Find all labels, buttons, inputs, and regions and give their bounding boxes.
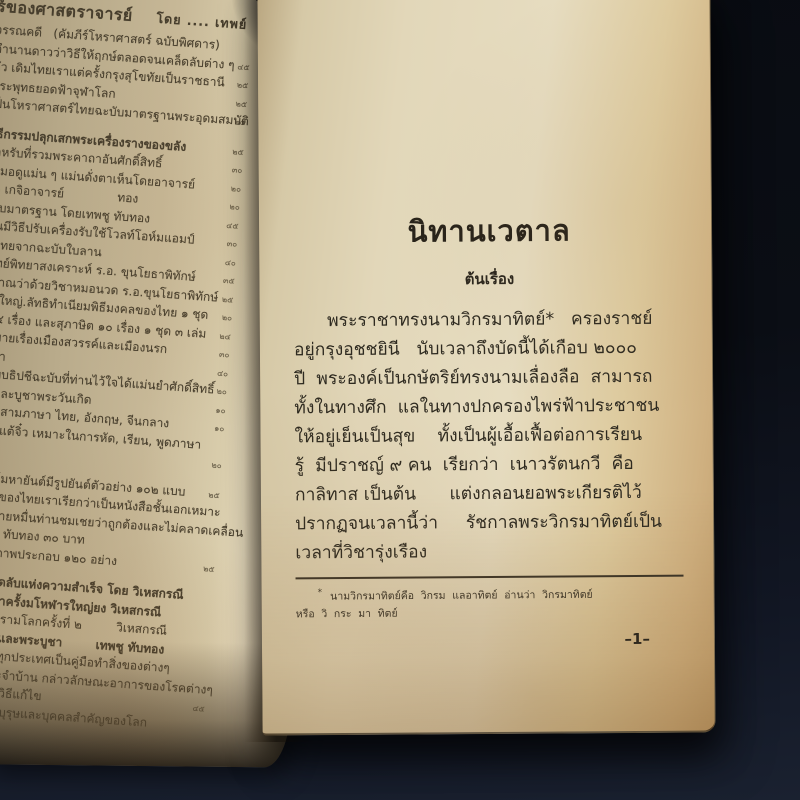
story-paragraph-line: เวลาที่วิชารุ่งเรือง (295, 537, 687, 569)
price-thai-numeral: ๒๕ (235, 97, 247, 111)
left-page-line-text: วนเก่า (0, 347, 6, 363)
footnote-text-1: นามวิกรมาทิตย์คือ วิกรม แลอาทิตย์ อ่านว่… (330, 589, 593, 603)
left-page-line-list: วรรณคดี (คัมภีร์โหราศาสตร์ ฉบับพิศดาร)ตำ… (0, 20, 291, 738)
price-thai-numeral: ๔๐ (217, 366, 229, 380)
left-page-byline: โดย .... เทพย์ (156, 11, 248, 32)
story-paragraph: พระราชาทรงนามวิกรมาทิตย์* ครองราชย์อยู่ก… (294, 305, 688, 569)
price-thai-numeral: ๒๕ (234, 115, 246, 129)
price-thai-numeral: ๒๕ (236, 78, 248, 92)
footnote-line-2: หรือ วิ กระ มา ทิตย์ (296, 603, 688, 623)
left-page-content: ร์ของศาสตราจารย์โดย .... เทพย์ วรรณคดี (… (0, 0, 293, 738)
price-thai-numeral: ๒๕ (232, 145, 244, 159)
price-thai-numeral: ๒๐ (216, 385, 227, 399)
price-thai-numeral: ๒๕ (208, 488, 220, 502)
footnote: *นามวิกรมาทิตย์คือ วิกรม แลอาทิตย์ อ่านว… (296, 583, 688, 623)
right-book-page: นิทานเวตาล ต้นเรื่อง พระราชาทรงนามวิกรมา… (257, 0, 715, 736)
story-paragraph-line: ปรากฏจนเวลานี้ว่า รัชกาลพระวิกรมาทิตย์เป… (295, 508, 687, 540)
price-thai-numeral: ๑๐ (215, 403, 226, 417)
story-paragraph-line: รู้ มีปราชญ์ ๙ คน เรียกว่า เนาวรัตนกวี ค… (295, 450, 687, 482)
left-page-line-text: งวิทยุและวิธีแก้ไข (0, 683, 42, 703)
right-page-content: นิทานเวตาล ต้นเรื่อง พระราชาทรงนามวิกรมา… (291, 0, 688, 650)
price-thai-numeral: ๔๕ (192, 702, 205, 716)
price-thai-numeral: ๑๐ (214, 422, 225, 436)
footnote-divider (296, 575, 684, 580)
price-thai-numeral: ๓๐ (232, 163, 243, 177)
story-paragraph-line: อยู่กรุงอุชชยินี นับเวลาถึงบัดนี้ได้เกือ… (294, 334, 686, 366)
footnote-text-2: หรือ วิ กระ มา ทิตย์ (296, 607, 398, 620)
story-paragraph-line: ปี พระองค์เป็นกษัตริย์ทรงนามเลื่องลือ สา… (294, 363, 686, 395)
price-thai-numeral: ๒๐ (230, 182, 241, 196)
price-thai-numeral: ๔๕ (226, 218, 239, 232)
price-thai-numeral: ๔๕ (237, 60, 250, 74)
story-paragraph-line: กาลิทาส เป็นต้น แต่งกลอนยอพระเกียรติไว้ (295, 479, 687, 511)
price-thai-numeral: ๒๕ (222, 292, 234, 306)
price-thai-numeral: ๓๐ (219, 348, 230, 362)
price-thai-numeral: ๒๐ (211, 459, 222, 473)
story-paragraph-line: ทั้งในทางศึก แลในทางปกครองไพร่ฟ้าประชาชน (294, 392, 686, 424)
story-paragraph-line: ให้อยู่เย็นเป็นสุข ทั้งเป็นผู้เอื้อเฟื้อ… (294, 421, 686, 453)
price-thai-numeral: ๓๐ (226, 237, 237, 251)
price-thai-numeral: ๒๐ (229, 200, 240, 214)
left-book-page: ร์ของศาสตราจารย์โดย .... เทพย์ วรรณคดี (… (0, 0, 298, 768)
story-title: นิทานเวตาล (293, 207, 685, 256)
footnote-asterisk: * (318, 588, 323, 598)
price-thai-numeral: ๒๐ (221, 311, 232, 325)
price-thai-numeral: ๔๐ (225, 255, 237, 269)
story-paragraph-line: พระราชาทรงนามวิกรมาทิตย์* ครองราชย์ (294, 305, 686, 337)
page-number: –1– (296, 629, 688, 650)
story-subtitle: ต้นเรื่อง (293, 266, 685, 293)
photo-of-open-book: ร์ของศาสตราจารย์โดย .... เทพย์ วรรณคดี (… (0, 0, 800, 800)
price-thai-numeral: ๒๔ (219, 329, 231, 343)
footnote-line-1: *นามวิกรมาทิตย์คือ วิกรม แลอาทิตย์ อ่านว… (296, 583, 688, 606)
price-thai-numeral: ๒๕ (203, 562, 215, 576)
price-thai-numeral: ๓๕ (223, 274, 235, 288)
